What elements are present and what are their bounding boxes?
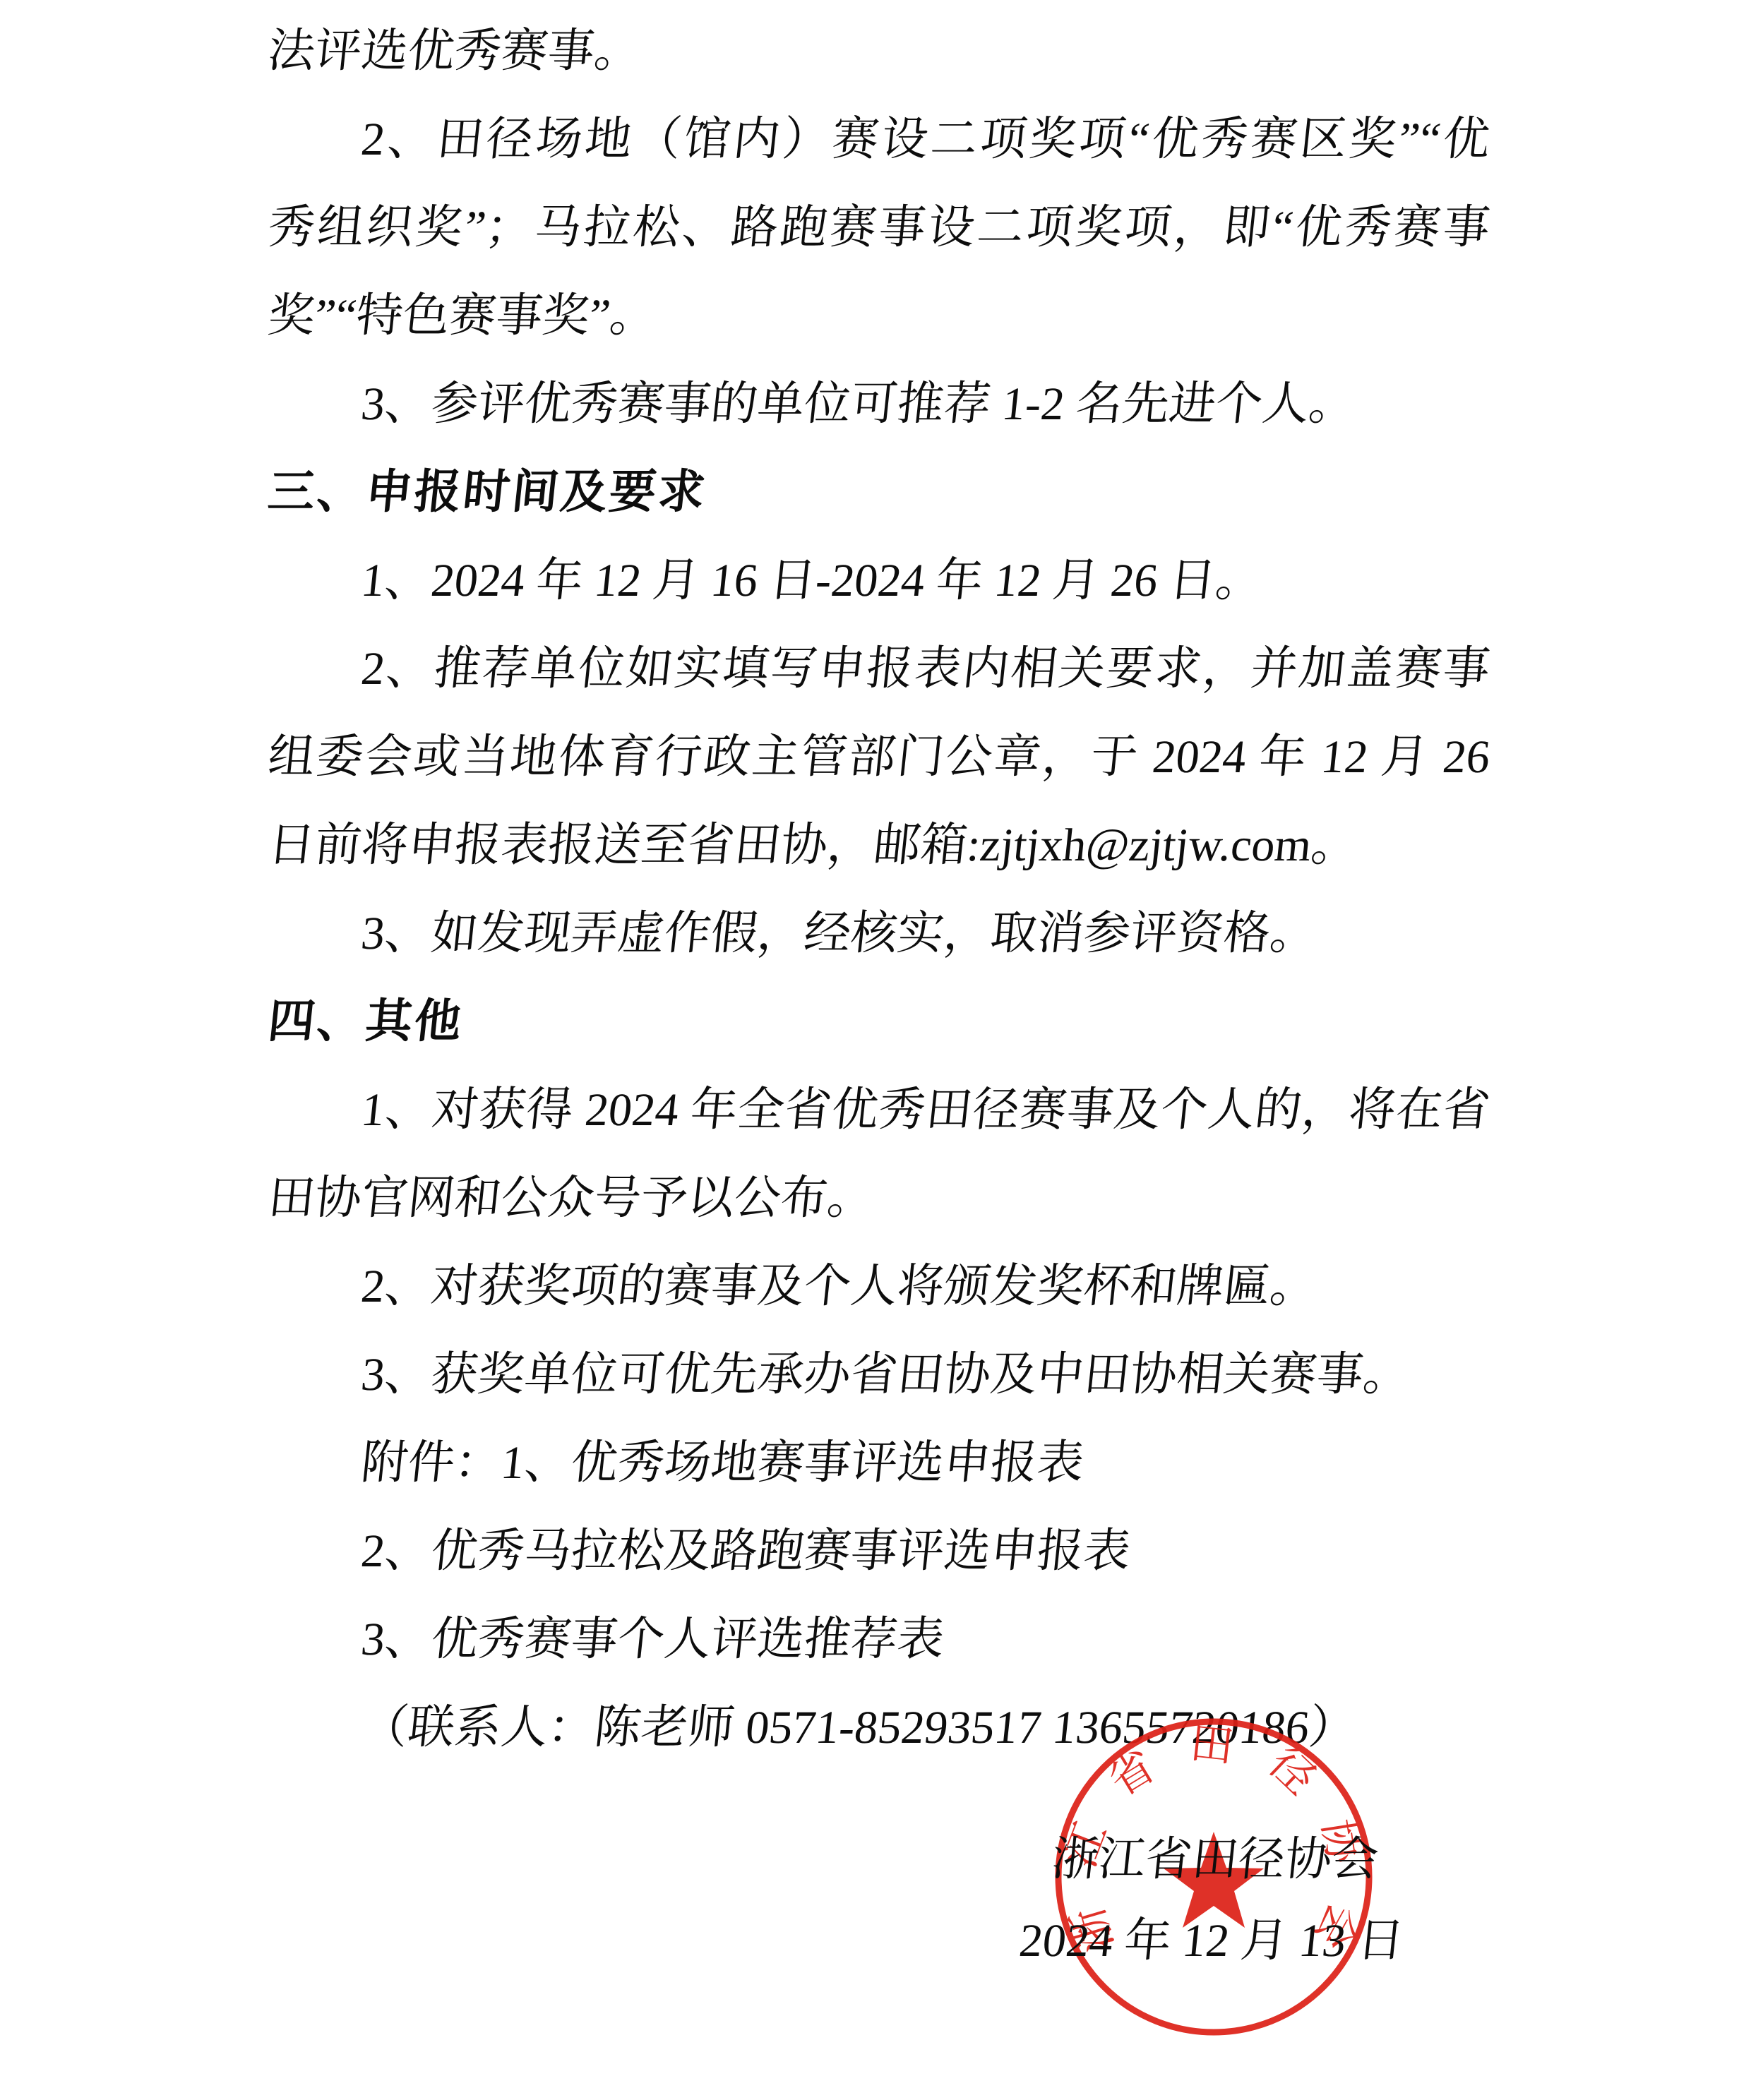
official-seal: 浙江省田径协会 [0, 0, 1751, 2100]
signature-date: 2024 年 12 月 13 日 [1015, 1897, 1409, 1985]
scanned-document-page: 法评选优秀赛事。 2、田径场地（馆内）赛设二项奖项“优秀赛区奖”“优 秀组织奖”… [0, 0, 1751, 2100]
signature-org: 浙江省田径协会 [1047, 1816, 1382, 1904]
